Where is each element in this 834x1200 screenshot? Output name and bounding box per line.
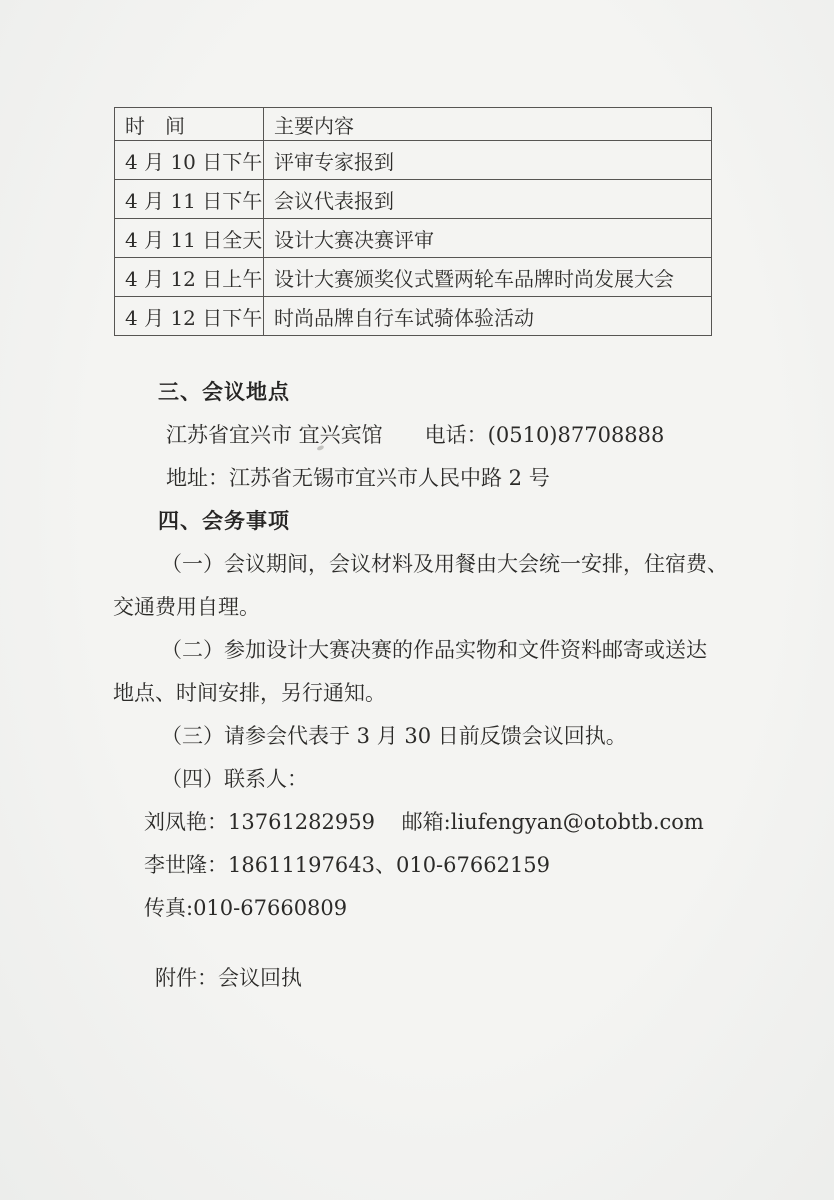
affairs-item2-line1: （二）参加设计大赛决赛的作品实物和文件资料邮寄或送达 [113,629,753,672]
contact-line-liu: 刘凤艳：13761282959 邮箱:liufengyan@otobtb.com [113,801,753,844]
scanned-document-page: 时 间 主要内容 4 月 10 日下午 评审专家报到 4 月 11 日下午 会议… [0,0,834,1200]
column-header-time: 时 间 [115,108,264,141]
schedule-table: 时 间 主要内容 4 月 10 日下午 评审专家报到 4 月 11 日下午 会议… [114,107,712,336]
section-heading-location: 三、会议地点 [113,371,753,414]
cell-time: 4 月 10 日下午 [115,141,264,180]
table-row: 4 月 12 日上午 设计大赛颁奖仪式暨两轮车品牌时尚发展大会 [115,258,712,297]
cell-content: 时尚品牌自行车试骑体验活动 [264,297,712,336]
table-row: 4 月 11 日下午 会议代表报到 [115,180,712,219]
table-row: 4 月 10 日下午 评审专家报到 [115,141,712,180]
table-row: 4 月 11 日全天 设计大赛决赛评审 [115,219,712,258]
cell-content: 会议代表报到 [264,180,712,219]
cell-time: 4 月 11 日全天 [115,219,264,258]
cell-time: 4 月 12 日上午 [115,258,264,297]
cell-content: 评审专家报到 [264,141,712,180]
contact-line-li: 李世隆：18611197643、010-67662159 [113,844,753,887]
section-heading-affairs: 四、会务事项 [113,500,753,543]
affairs-item1-line1: （一）会议期间，会议材料及用餐由大会统一安排，住宿费、 [113,543,753,586]
fax-line: 传真:010-67660809 [113,887,753,930]
affairs-item3-line: （三）请参会代表于 3 月 30 日前反馈会议回执。 [113,715,753,758]
affairs-item4-line: （四）联系人： [113,758,753,801]
cell-time: 4 月 11 日下午 [115,180,264,219]
location-venue-line: 江苏省宜兴市 宜兴宾馆 电话：(0510)87708888 [113,414,753,457]
cell-time: 4 月 12 日下午 [115,297,264,336]
cell-content: 设计大赛颁奖仪式暨两轮车品牌时尚发展大会 [264,258,712,297]
column-header-content: 主要内容 [264,108,712,141]
affairs-item1-line2: 交通费用自理。 [113,586,753,629]
attachment-line: 附件：会议回执 [113,957,753,1000]
affairs-item2-line2: 地点、时间安排，另行通知。 [113,672,753,715]
cell-content: 设计大赛决赛评审 [264,219,712,258]
location-address-line: 地址：江苏省无锡市宜兴市人民中路 2 号 [113,457,753,500]
document-body: 三、会议地点 江苏省宜兴市 宜兴宾馆 电话：(0510)87708888 地址：… [113,371,753,1000]
table-row: 4 月 12 日下午 时尚品牌自行车试骑体验活动 [115,297,712,336]
table-header-row: 时 间 主要内容 [115,108,712,141]
